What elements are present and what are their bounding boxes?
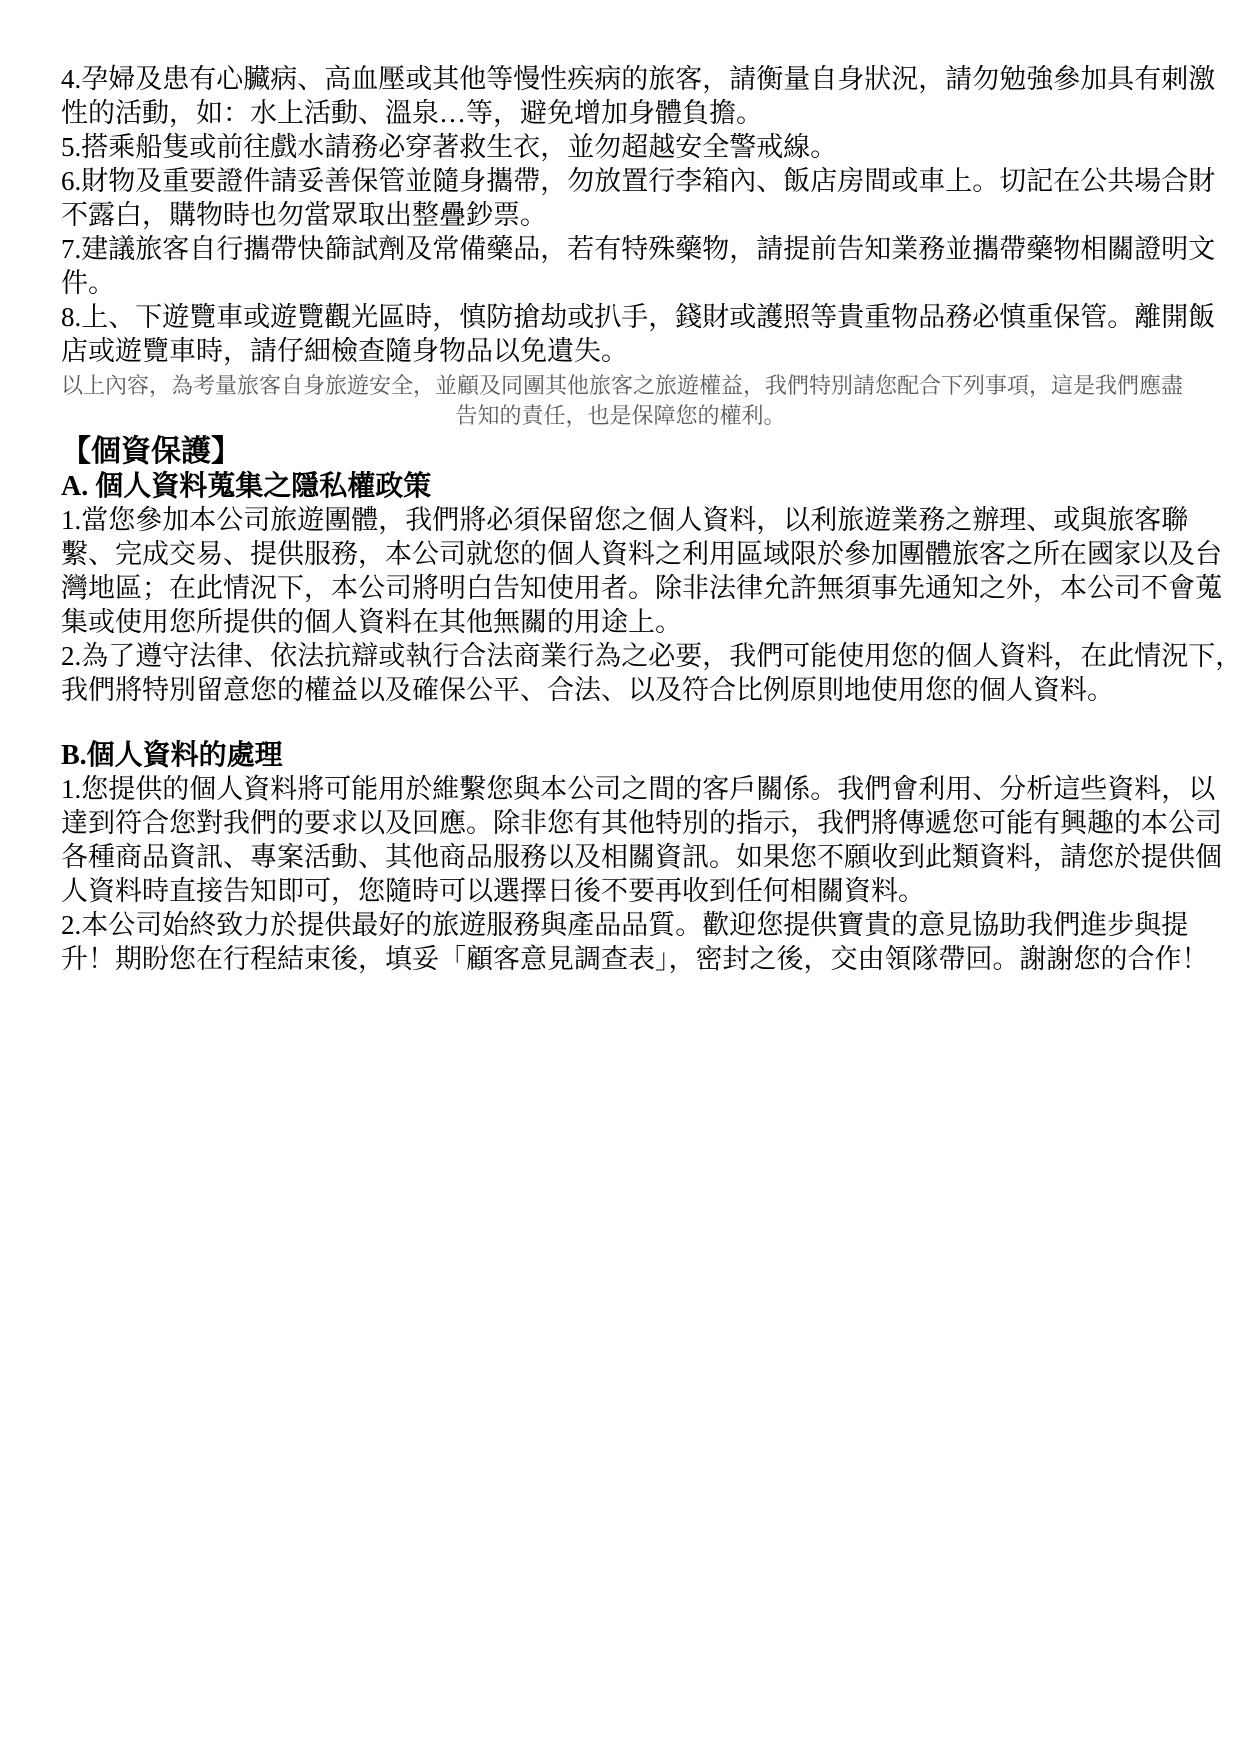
privacy-b-paragraph-2: 2.本公司始終致力於提供最好的旅遊服務與產品品質。歡迎您提供寶貴的意見協助我們進… [61,908,1180,976]
safety-item-7: 7.建議旅客自行攜帶快篩試劑及常備藥品，若有特殊藥物，請提前告知業務並攜帶藥物相… [61,232,1180,300]
privacy-b-paragraph-1: 1.您提供的個人資料將可能用於維繫您與本公司之間的客戶關係。我們會利用、分析這些… [61,772,1180,908]
blank-spacer [61,707,1180,739]
text-line: 2.本公司始終致力於提供最好的旅遊服務與產品品質。歡迎您提供寶貴的意見協助我們進… [61,908,1180,942]
text-line: 繫、完成交易、提供服務，本公司就您的個人資料之利用區域限於參加團體旅客之所在國家… [61,537,1180,571]
text-line: 8.上、下遊覽車或遊覽觀光區時，慎防搶劫或扒手，錢財或護照等貴重物品務必慎重保管… [61,300,1180,334]
text-line: 6.財物及重要證件請妥善保管並隨身攜帶，勿放置行李箱內、飯店房間或車上。切記在公… [61,164,1180,198]
notice-paragraph: 以上內容，為考量旅客自身旅遊安全，並顧及同團其他旅客之旅遊權益，我們特別請您配合… [61,371,1180,431]
text-line: 性的活動，如：水上活動、溫泉…等，避免增加身體負擔。 [61,96,1180,130]
text-line: 7.建議旅客自行攜帶快篩試劑及常備藥品，若有特殊藥物，請提前告知業務並攜帶藥物相… [61,232,1180,266]
text-line: 我們將特別留意您的權益以及確保公平、合法、以及符合比例原則地使用您的個人資料。 [61,673,1180,707]
privacy-section-title: 【個資保護】 [61,433,1180,470]
text-line: 件。 [61,266,1180,300]
document-page: 4.孕婦及患有心臟病、高血壓或其他等慢性疾病的旅客，請衡量自身狀況，請勿勉強參加… [0,0,1241,1755]
privacy-a-paragraph-1: 1.當您參加本公司旅遊團體，我們將必須保留您之個人資料，以利旅遊業務之辦理、或與… [61,503,1180,639]
text-line: 各種商品資訊、專案活動、其他商品服務以及相關資訊。如果您不願收到此類資料，請您於… [61,840,1180,874]
privacy-a-heading: A. 個人資料蒐集之隱私權政策 [61,470,1180,503]
text-line: 灣地區；在此情況下，本公司將明白告知使用者。除非法律允許無須事先通知之外，本公司… [61,571,1180,605]
notice-line: 告知的責任，也是保障您的權利。 [61,401,1180,431]
text-line: 不露白，購物時也勿當眾取出整疊鈔票。 [61,198,1180,232]
privacy-a-paragraph-2: 2.為了遵守法律、依法抗辯或執行合法商業行為之必要，我們可能使用您的個人資料，在… [61,639,1180,707]
safety-item-4: 4.孕婦及患有心臟病、高血壓或其他等慢性疾病的旅客，請衡量自身狀況，請勿勉強參加… [61,62,1180,130]
text-line: 1.當您參加本公司旅遊團體，我們將必須保留您之個人資料，以利旅遊業務之辦理、或與… [61,503,1180,537]
text-line: 人資料時直接告知即可，您隨時可以選擇日後不要再收到任何相關資料。 [61,874,1180,908]
text-line: 1.您提供的個人資料將可能用於維繫您與本公司之間的客戶關係。我們會利用、分析這些… [61,772,1180,806]
text-line: 5.搭乘船隻或前往戲水請務必穿著救生衣，並勿超越安全警戒線。 [61,130,1180,164]
text-line: 2.為了遵守法律、依法抗辯或執行合法商業行為之必要，我們可能使用您的個人資料，在… [61,639,1180,673]
text-line: 店或遊覽車時，請仔細檢查隨身物品以免遺失。 [61,334,1180,368]
safety-item-5: 5.搭乘船隻或前往戲水請務必穿著救生衣，並勿超越安全警戒線。 [61,130,1180,164]
text-line: 4.孕婦及患有心臟病、高血壓或其他等慢性疾病的旅客，請衡量自身狀況，請勿勉強參加… [61,62,1180,96]
safety-item-8: 8.上、下遊覽車或遊覽觀光區時，慎防搶劫或扒手，錢財或護照等貴重物品務必慎重保管… [61,300,1180,368]
notice-line: 以上內容，為考量旅客自身旅遊安全，並顧及同團其他旅客之旅遊權益，我們特別請您配合… [61,371,1180,401]
text-line: 升！期盼您在行程結束後，填妥「顧客意見調查表」，密封之後，交由領隊帶回。謝謝您的… [61,942,1180,976]
privacy-b-heading: B.個人資料的處理 [61,739,1180,772]
safety-item-6: 6.財物及重要證件請妥善保管並隨身攜帶，勿放置行李箱內、飯店房間或車上。切記在公… [61,164,1180,232]
safety-guidelines-list: 4.孕婦及患有心臟病、高血壓或其他等慢性疾病的旅客，請衡量自身狀況，請勿勉強參加… [61,62,1180,368]
text-line: 達到符合您對我們的要求以及回應。除非您有其他特別的指示，我們將傳遞您可能有興趣的… [61,806,1180,840]
text-line: 集或使用您所提供的個人資料在其他無關的用途上。 [61,605,1180,639]
